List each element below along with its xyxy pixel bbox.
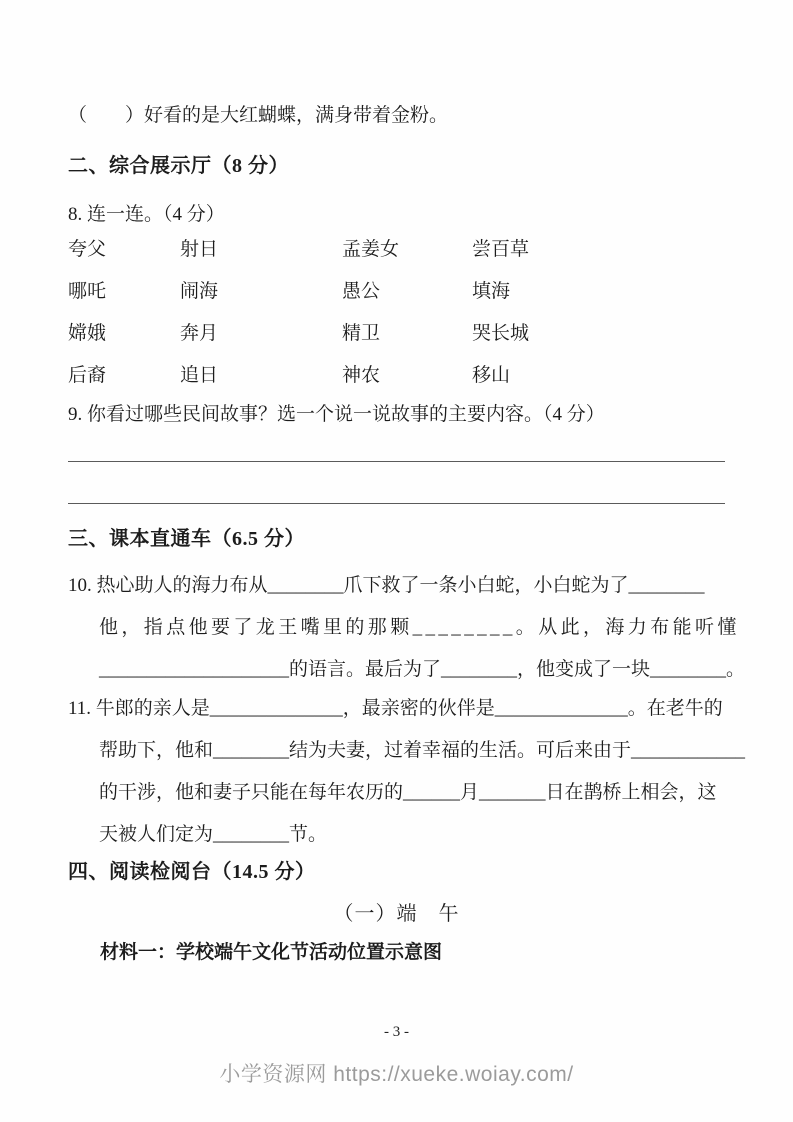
question-11-line1: 11. 牛郎的亲人是______________，最亲密的伙伴是________… bbox=[68, 693, 723, 720]
page-number: - 3 - bbox=[0, 1024, 793, 1041]
question-10-line3: ____________________的语言。最后为了________，他变成… bbox=[99, 654, 745, 681]
match-cell: 追日 bbox=[180, 360, 342, 402]
matching-table: 夸父 射日 孟姜女 尝百草 哪吒 闹海 愚公 填海 嫦娥 奔月 精卫 哭长城 后… bbox=[68, 234, 728, 402]
footer-watermark-link: 小学资源网 https://xueke.woiay.com/ bbox=[0, 1058, 793, 1088]
match-cell: 愚公 bbox=[342, 276, 472, 318]
match-cell: 尝百草 bbox=[472, 234, 728, 276]
match-cell: 夸父 bbox=[68, 234, 180, 276]
match-cell: 填海 bbox=[472, 276, 728, 318]
exam-paper-page: （ ）好看的是大红蝴蝶，满身带着金粉。 二、综合展示厅（8 分） 8. 连一连。… bbox=[0, 0, 793, 1122]
question-10-line1: 10. 热心助人的海力布从________爪下救了一条小白蛇，小白蛇为了____… bbox=[68, 570, 705, 597]
section3-heading: 三、课本直通车（6.5 分） bbox=[68, 522, 305, 551]
question-8-title: 8. 连一连。（4 分） bbox=[68, 199, 225, 226]
match-cell: 后裔 bbox=[68, 360, 180, 402]
answer-line-1 bbox=[68, 461, 725, 462]
reading-part1-title: （一）端 午 bbox=[0, 897, 793, 926]
match-cell: 神农 bbox=[342, 360, 472, 402]
match-cell: 闹海 bbox=[180, 276, 342, 318]
match-cell: 孟姜女 bbox=[342, 234, 472, 276]
question-11-line3: 的干涉，他和妻子只能在每年农历的______月_______日在鹊桥上相会，这 bbox=[99, 777, 717, 804]
question-11-line4: 天被人们定为________节。 bbox=[99, 819, 327, 846]
butterfly-judgement-item: （ ）好看的是大红蝴蝶，满身带着金粉。 bbox=[68, 100, 448, 127]
question-9-title: 9. 你看过哪些民间故事？选一个说一说故事的主要内容。（4 分） bbox=[68, 399, 605, 426]
section4-heading: 四、阅读检阅台（14.5 分） bbox=[68, 855, 316, 884]
match-cell: 射日 bbox=[180, 234, 342, 276]
match-cell: 精卫 bbox=[342, 318, 472, 360]
section2-heading: 二、综合展示厅（8 分） bbox=[68, 149, 289, 178]
question-11-line2: 帮助下，他和________结为夫妻，过着幸福的生活。可后来由于________… bbox=[99, 735, 745, 762]
match-cell: 哪吒 bbox=[68, 276, 180, 318]
match-cell: 移山 bbox=[472, 360, 728, 402]
question-10-line2: 他，指点他要了龙王嘴里的那颗________。从此，海力布能听懂 bbox=[99, 612, 740, 639]
material-1-caption: 材料一：学校端午文化节活动位置示意图 bbox=[100, 937, 442, 964]
match-cell: 哭长城 bbox=[472, 318, 728, 360]
match-cell: 奔月 bbox=[180, 318, 342, 360]
match-cell: 嫦娥 bbox=[68, 318, 180, 360]
answer-line-2 bbox=[68, 503, 725, 504]
